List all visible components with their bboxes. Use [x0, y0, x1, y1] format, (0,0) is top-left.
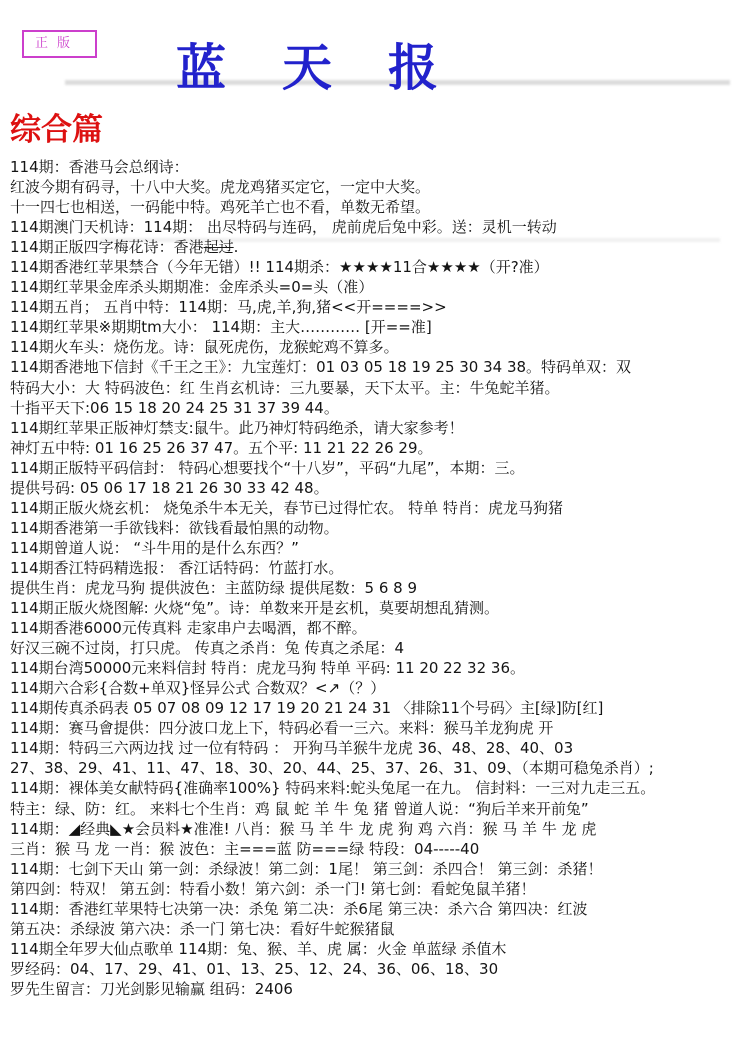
text-line: 114期全年罗大仙点歌单 114期：兔、猴、羊、虎 属：火金 单蓝绿 杀值木	[10, 939, 746, 959]
line-text: 罗先生留言：刀光剑影见输赢 组码：2406	[10, 980, 293, 998]
text-line: 十一四七也相送，一码能中特。鸡死羊亡也不看，单数无希望。	[10, 197, 746, 217]
line-text: 114期：七剑下天山 第一剑：杀绿波！第二剑：1尾！ 第三剑：杀四合！ 第三剑：…	[10, 860, 602, 878]
line-text: 三肖：猴 马 龙 一肖：猴 波色：主===蓝 防===绿 特段：04-----4…	[10, 840, 479, 858]
line-text: 114期：裸体美女献特码{准确率100%} 特码来料:蛇头兔尾一在九。 信封料：…	[10, 779, 655, 797]
line-text: 好汉三碗不过岗，打只虎。 传真之杀肖：兔 传真之杀尾：4	[10, 639, 404, 657]
text-line: 114期红苹果金库杀头期期准：金库杀头=0=头（准）	[10, 277, 746, 297]
line-text: 114期香港6000元传真料 走家串户去喝酒，都不醉。	[10, 619, 367, 637]
line-text: 114期传真杀码表 05 07 08 09 12 17 19 20 21 24 …	[10, 699, 603, 717]
line-text: 114期全年罗大仙点歌单 114期：兔、猴、羊、虎 属：火金 单蓝绿 杀值木	[10, 940, 506, 958]
text-line: 114期红苹果※期期tm大小： 114期：主大………… [开==准]	[10, 317, 746, 337]
line-text: 114期正版火烧玄机： 烧兔杀牛本无关，春节已过得忙农。 特单 特肖：虎龙马狗猪	[10, 499, 563, 517]
line-text: 罗经码：04、17、29、41、01、13、25、12、24、36、06、18、…	[10, 960, 498, 978]
text-line: 114期香港红苹果禁合（今年无错）!! 114期杀：★★★★11合★★★★（开?…	[10, 257, 746, 277]
text-line: 114期正版火烧图解: 火烧“兔”。诗：单数来开是玄机，莫要胡想乱猜测。	[10, 598, 746, 618]
text-line: 114期红苹果正版神灯禁支:鼠牛。此乃神灯特码绝杀，请大家参考！	[10, 418, 746, 438]
line-text: 特码大小：大 特码波色：红 生肖玄机诗：三九要暴，天下太平。主：牛兔蛇羊猪。	[10, 379, 560, 397]
text-line: 114期正版特平码信封： 特码心想要找个“十八岁”，平码“九尾”，本期：三。	[10, 458, 746, 478]
line-text: 114期香港第一手欲钱料：欲钱看最怕黑的动物。	[10, 519, 339, 537]
line-text: 提供号码: 05 06 17 18 21 26 30 33 42 48。	[10, 479, 329, 497]
line-text: 十一四七也相送，一码能中特。鸡死羊亡也不看，单数无希望。	[10, 198, 430, 216]
text-line: 第五决：杀绿波 第六决：杀一门 第七决：看好牛蛇猴猪鼠	[10, 919, 746, 939]
line-text: 114期火车头：烧伤龙。诗：鼠死虎伤，龙猴蛇鸡不算多。	[10, 338, 399, 356]
line-text: 114期：特码三六两边找 过一位有特码 ： 开狗马羊猴牛龙虎 36、48、28、…	[10, 739, 573, 757]
text-line: 特主：绿、防：红。 来料七个生肖：鸡 鼠 蛇 羊 牛 兔 猪 曾道人说：“狗后羊…	[10, 799, 746, 819]
line-text: 114期台湾50000元来料信封 特肖：虎龙马狗 特单 平码: 11 20 22…	[10, 659, 525, 677]
line-text: 114期：◢经典◣★会员料★准准! 八肖：猴 马 羊 牛 龙 虎 狗 鸡 六肖：…	[10, 820, 596, 838]
text-line: 神灯五中特: 01 16 25 26 37 47。五个平: 11 21 22 2…	[10, 438, 746, 458]
text-line: 27、38、29、41、11、47、18、30、20、44、25、37、26、3…	[10, 758, 746, 778]
body-lines: 114期：香港马会总纲诗：红波今期有码寻，十八中大奖。虎龙鸡猪买定它，一定中大奖…	[10, 157, 746, 999]
text-line: 114期香江特码精选报： 香江话特码：竹蓝打水。	[10, 558, 746, 578]
text-line: 114期正版火烧玄机： 烧兔杀牛本无关，春节已过得忙农。 特单 特肖：虎龙马狗猪	[10, 498, 746, 518]
text-line: 罗经码：04、17、29、41、01、13、25、12、24、36、06、18、…	[10, 959, 746, 979]
text-line: 第四剑：特双！ 第五剑：特看小数！第六剑：杀一门! 第七剑：看蛇兔鼠羊猪！	[10, 879, 746, 899]
text-line: 114期香港地下信封《千王之王》：九宝莲灯：01 03 05 18 19 25 …	[10, 357, 746, 377]
text-line: 114期六合彩{合数+单双}怪异公式 合数双？<↗（？）	[10, 678, 746, 698]
text-line: 114期：特码三六两边找 过一位有特码 ： 开狗马羊猴牛龙虎 36、48、28、…	[10, 738, 746, 758]
text-line: 114期五肖； 五肖中特：114期：马,虎,羊,狗,猪<<开====>>	[10, 297, 746, 317]
line-text: 第五决：杀绿波 第六决：杀一门 第七决：看好牛蛇猴猪鼠	[10, 920, 395, 938]
text-line: 114期：◢经典◣★会员料★准准! 八肖：猴 马 羊 牛 龙 虎 狗 鸡 六肖：…	[10, 819, 746, 839]
line-text: 114期香港地下信封《千王之王》：九宝莲灯：01 03 05 18 19 25 …	[10, 358, 631, 376]
text-line: 114期曾道人说： “斗牛用的是什么东西？”	[10, 538, 746, 558]
text-line: 114期：香港红苹果特七决第一决：杀兔 第二决：杀6尾 第三决：杀六合 第四决：…	[10, 899, 746, 919]
text-line: 114期香港第一手欲钱料：欲钱看最怕黑的动物。	[10, 518, 746, 538]
text-line: 114期：七剑下天山 第一剑：杀绿波！第二剑：1尾！ 第三剑：杀四合！ 第三剑：…	[10, 859, 746, 879]
text-line: 罗先生留言：刀光剑影见输赢 组码：2406	[10, 979, 746, 999]
line-text: 27、38、29、41、11、47、18、30、20、44、25、37、26、3…	[10, 759, 654, 777]
line-text: 114期正版特平码信封： 特码心想要找个“十八岁”，平码“九尾”，本期：三。	[10, 459, 525, 477]
text-line: 提供号码: 05 06 17 18 21 26 30 33 42 48。	[10, 478, 746, 498]
text-line: 三肖：猴 马 龙 一肖：猴 波色：主===蓝 防===绿 特段：04-----4…	[10, 839, 746, 859]
text-line: 114期：裸体美女献特码{准确率100%} 特码来料:蛇头兔尾一在九。 信封料：…	[10, 778, 746, 798]
line-text: 114期红苹果※期期tm大小： 114期：主大………… [开==准]	[10, 318, 432, 336]
line-text: 114期六合彩{合数+单双}怪异公式 合数双？<↗（？）	[10, 679, 385, 697]
genuine-edition-badge: 正版	[22, 30, 97, 58]
line-text: 第四剑：特双！ 第五剑：特看小数！第六剑：杀一门! 第七剑：看蛇兔鼠羊猪！	[10, 880, 536, 898]
line-text: 114期香港红苹果禁合（今年无错）!! 114期杀：★★★★11合★★★★（开?…	[10, 258, 549, 276]
line-text: 114期红苹果正版神灯禁支:鼠牛。此乃神灯特码绝杀，请大家参考！	[10, 419, 464, 437]
section-heading: 综合篇	[10, 104, 103, 149]
page-title: 蓝天报	[176, 28, 494, 100]
newspaper-page: 正版 蓝天报 综合篇 114期：香港马会总纲诗：红波今期有码寻，十八中大奖。虎龙…	[0, 0, 748, 1037]
text-line: 十指平天下:06 15 18 20 24 25 31 37 39 44。	[10, 398, 746, 418]
line-text: 114期：赛马會提供：四分波口龙上下，特码必看一三六。来料：猴马羊龙狗虎 开	[10, 719, 553, 737]
line-text: 十指平天下:06 15 18 20 24 25 31 37 39 44。	[10, 399, 339, 417]
line-text: 神灯五中特: 01 16 25 26 37 47。五个平: 11 21 22 2…	[10, 439, 433, 457]
text-line: 特码大小：大 特码波色：红 生肖玄机诗：三九要暴，天下太平。主：牛兔蛇羊猪。	[10, 378, 746, 398]
text-line: 114期：赛马會提供：四分波口龙上下，特码必看一三六。来料：猴马羊龙狗虎 开	[10, 718, 746, 738]
text-line: 114期正版四字梅花诗：香港起过.	[10, 237, 746, 257]
text-line: 114期传真杀码表 05 07 08 09 12 17 19 20 21 24 …	[10, 698, 746, 718]
line-text: .	[234, 238, 239, 256]
struck-text: 起过	[204, 238, 234, 256]
line-text: 114期曾道人说： “斗牛用的是什么东西？”	[10, 539, 299, 557]
line-text: 114期：香港马会总纲诗：	[10, 158, 189, 176]
line-text: 特主：绿、防：红。 来料七个生肖：鸡 鼠 蛇 羊 牛 兔 猪 曾道人说：“狗后羊…	[10, 800, 589, 818]
line-text: 提供生肖：虎龙马狗 提供波色：主蓝防绿 提供尾数：5 6 8 9	[10, 579, 417, 597]
line-text: 114期正版火烧图解: 火烧“兔”。诗：单数来开是玄机，莫要胡想乱猜测。	[10, 599, 499, 617]
text-line: 好汉三碗不过岗，打只虎。 传真之杀肖：兔 传真之杀尾：4	[10, 638, 746, 658]
text-line: 提供生肖：虎龙马狗 提供波色：主蓝防绿 提供尾数：5 6 8 9	[10, 578, 746, 598]
text-line: 114期香港6000元传真料 走家串户去喝酒，都不醉。	[10, 618, 746, 638]
line-text: 114期香江特码精选报： 香江话特码：竹蓝打水。	[10, 559, 343, 577]
line-text: 114期红苹果金库杀头期期准：金库杀头=0=头（准）	[10, 278, 373, 296]
text-line: 114期澳门天机诗：114期： 出尽特码与连码， 虎前虎后兔中彩。送：灵机一转动	[10, 217, 746, 237]
text-line: 114期台湾50000元来料信封 特肖：虎龙马狗 特单 平码: 11 20 22…	[10, 658, 746, 678]
text-line: 红波今期有码寻，十八中大奖。虎龙鸡猪买定它，一定中大奖。	[10, 177, 746, 197]
line-text: 红波今期有码寻，十八中大奖。虎龙鸡猪买定它，一定中大奖。	[10, 178, 430, 196]
text-line: 114期火车头：烧伤龙。诗：鼠死虎伤，龙猴蛇鸡不算多。	[10, 337, 746, 357]
line-text: 114期：香港红苹果特七决第一决：杀兔 第二决：杀6尾 第三决：杀六合 第四决：…	[10, 900, 587, 918]
line-text: 114期澳门天机诗：114期： 出尽特码与连码， 虎前虎后兔中彩。送：灵机一转动	[10, 218, 557, 236]
text-line: 114期：香港马会总纲诗：	[10, 157, 746, 177]
line-text: 114期正版四字梅花诗：香港	[10, 238, 204, 256]
line-text: 114期五肖； 五肖中特：114期：马,虎,羊,狗,猪<<开====>>	[10, 298, 447, 316]
